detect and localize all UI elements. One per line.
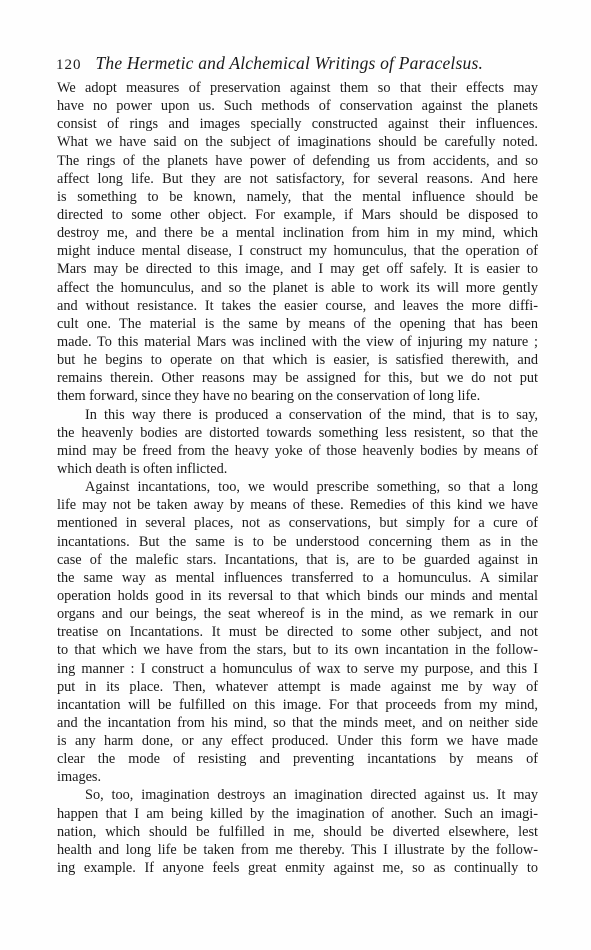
paragraph: So, too, imagination destroys an imagina… <box>57 786 538 877</box>
text-line: The rings of the planets have power of d… <box>57 152 538 170</box>
text-line: have no power upon us. Such methods of c… <box>57 97 538 115</box>
text-line: to that which we have from the stars, bu… <box>57 641 538 659</box>
text-line: but he begins to operate on that which i… <box>57 351 538 369</box>
text-line: destroy me, and there be a mental inclin… <box>57 224 538 242</box>
text-line: mind may be freed from the heavy yoke of… <box>57 442 538 460</box>
book-page: 120 The Hermetic and Alchemical Writings… <box>0 0 591 950</box>
text-line: them forward, since they have no bearing… <box>57 387 538 405</box>
text-line: case of the malefic stars. Incantations,… <box>57 551 538 569</box>
text-line: is any harm done, or any effect produced… <box>57 732 538 750</box>
text-line: is something to be known, namely, that t… <box>57 188 538 206</box>
text-line: organs and our beings, the seat whereof … <box>57 605 538 623</box>
text-line: made. To this material Mars was inclined… <box>57 333 538 351</box>
text-line: clear the mode of resisting and preventi… <box>57 750 538 768</box>
text-line: the heavenly bodies are distorted toward… <box>57 424 538 442</box>
text-line: the same way as mental influences transf… <box>57 569 538 587</box>
text-line: directed to some other object. For examp… <box>57 206 538 224</box>
text-line: Mars may be directed to this image, and … <box>57 260 538 278</box>
text-line: affect long life. But they are not satis… <box>57 170 538 188</box>
text-line: health and long life be taken from me th… <box>57 841 538 859</box>
text-line: and without resistance. It takes the eas… <box>57 297 538 315</box>
text-line: Against incantations, too, we would pres… <box>57 478 538 496</box>
page-number: 120 <box>56 57 82 74</box>
text-line: life may not be taken away by means of t… <box>57 496 538 514</box>
text-line: cult one. The material is the same by me… <box>57 315 538 333</box>
text-line: In this way there is produced a conserva… <box>57 406 538 424</box>
text-line: and the incantation from his mind, so th… <box>57 714 538 732</box>
text-line: which death is often inflicted. <box>57 460 538 478</box>
text-line: affect the homunculus, and so the planet… <box>57 279 538 297</box>
paragraph: Against incantations, too, we would pres… <box>57 478 538 786</box>
text-line: What we have said on the subject of imag… <box>57 133 538 151</box>
text-line: So, too, imagination destroys an imagina… <box>57 786 538 804</box>
text-line: ing example. If anyone feels great enmit… <box>57 859 538 877</box>
text-line: put in its place. Then, whatever attempt… <box>57 678 538 696</box>
text-line: operation holds good in its reversal to … <box>57 587 538 605</box>
text-line: happen that I am being killed by the ima… <box>57 805 538 823</box>
running-title: The Hermetic and Alchemical Writings of … <box>96 53 484 74</box>
text-line: incantations. But the same is to be unde… <box>57 533 538 551</box>
text-line: incantation will be fulfilled on this im… <box>57 696 538 714</box>
text-line: We adopt measures of preservation agains… <box>57 79 538 97</box>
text-line: nation, which should be fulfilled in me,… <box>57 823 538 841</box>
body-text: We adopt measures of preservation agains… <box>57 79 538 877</box>
text-line: ing manner : I construct a homunculus of… <box>57 660 538 678</box>
paragraph: We adopt measures of preservation agains… <box>57 79 538 406</box>
running-head: 120 The Hermetic and Alchemical Writings… <box>56 53 538 77</box>
text-line: consist of rings and images specially co… <box>57 115 538 133</box>
paragraph: In this way there is produced a conserva… <box>57 406 538 479</box>
text-line: treatise on Incantations. It must be dir… <box>57 623 538 641</box>
text-line: mentioned in several places, not as cons… <box>57 514 538 532</box>
text-line: remains therein. Other reasons may be as… <box>57 369 538 387</box>
text-line: might induce mental disease, I construct… <box>57 242 538 260</box>
text-line: images. <box>57 768 538 786</box>
